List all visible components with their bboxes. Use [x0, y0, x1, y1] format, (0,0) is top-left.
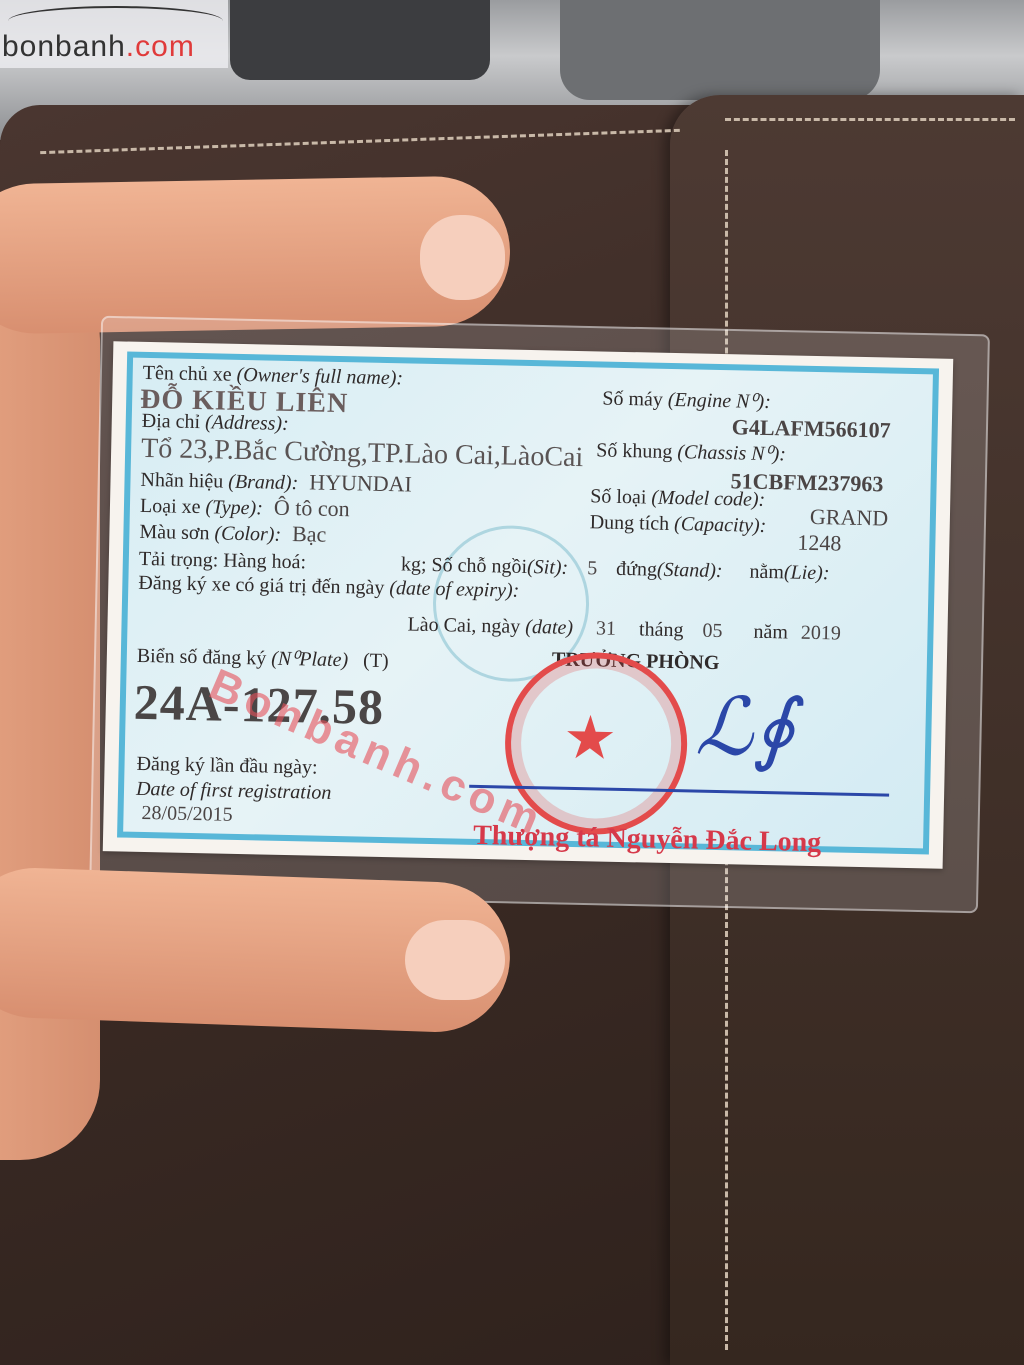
capacity-label: Dung tích (Capacity):	[589, 511, 766, 538]
color-label: Màu sơn (Color): Bạc	[139, 518, 326, 548]
address-label: Địa chỉ (Address):	[142, 410, 289, 436]
first-registration-date: 28/05/2015	[141, 802, 233, 827]
color-value: Bạc	[292, 521, 327, 547]
seats-value: 5	[587, 557, 597, 579]
thumbnail	[405, 920, 505, 1000]
engine-number: G4LAFM566107	[731, 414, 890, 443]
hand-palm	[0, 260, 100, 1160]
model-value: GRAND	[810, 504, 889, 532]
fingernail	[420, 215, 505, 300]
bonbanh-logo: bonbanh.com	[0, 0, 228, 68]
first-registration-label: Đăng ký lần đầu ngày:	[136, 753, 318, 780]
center-console	[230, 0, 490, 80]
handwritten-signature: ℒ∮	[695, 680, 796, 775]
flap-stitching-top	[725, 118, 1015, 121]
star-icon: ★	[562, 703, 617, 774]
engine-label: Số máy (Engine N⁰):	[602, 386, 771, 415]
card-body: Tên chủ xe (Owner's full name): ĐỖ KIỀU …	[117, 352, 939, 855]
brand-value: HYUNDAI	[309, 469, 412, 496]
plate-label: Biển số đăng ký (N⁰Plate) (T)	[137, 643, 389, 673]
vehicle-registration-card: Tên chủ xe (Owner's full name): ĐỖ KIỀU …	[103, 341, 953, 868]
logo-text: bonbanh.com	[2, 30, 195, 64]
capacity-value: 1248	[797, 530, 842, 557]
steering-column	[560, 0, 880, 100]
type-value: Ô tô con	[274, 495, 350, 522]
chassis-label: Số khung (Chassis N⁰):	[596, 437, 786, 466]
first-registration-label-en: Date of first registration	[136, 778, 332, 805]
model-label: Số loại (Model code):	[590, 485, 765, 512]
